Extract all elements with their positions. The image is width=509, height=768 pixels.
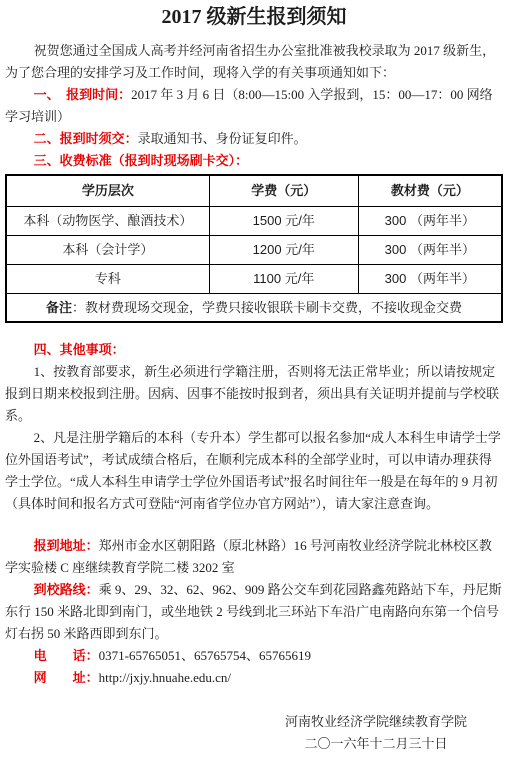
fee-table-note-row: 备注：教材费现场交现金，学费只接收银联卡刷卡交费，不接收现金交费 (6, 293, 502, 322)
website-line: 网 址：http://jxjy.hnuahe.edu.cn/ (5, 667, 503, 689)
section-2-documents-required: 二、报到时须交：录取通知书、身份证复印件。 (5, 128, 503, 150)
section-2-text: 录取通知书、身份证复印件。 (138, 131, 307, 146)
cell-textbook: 300 （两年半） (358, 264, 502, 293)
section-2-label: 二、报到时须交： (34, 131, 138, 146)
phone-label: 电 话： (34, 648, 99, 663)
cell-tuition: 1200 元/年 (209, 235, 358, 264)
section-4-paragraph-2: 2、凡是注册学籍后的本科（专升本）学生都可以报名参加“成人本科生申请学士学位外国… (5, 427, 503, 515)
section-3-fee-standard: 三、收费标准（报到时现场刷卡交）： (5, 150, 503, 172)
route-label: 到校路线： (34, 582, 99, 597)
cell-level: 本科（动物医学、酿酒技术） (6, 206, 209, 235)
note-text: ：教材费现场交现金，学费只接收银联卡刷卡交费，不接收现金交费 (72, 300, 462, 315)
fee-table-row-benke-animal: 本科（动物医学、酿酒技术） 1500 元/年 300 （两年半） (6, 206, 502, 235)
section-3-label: 三、收费标准（报到时现场刷卡交）： (34, 153, 249, 168)
website-url: http://jxjy.hnuahe.edu.cn/ (99, 670, 231, 685)
section-4-other-matters: 四、其他事项： (5, 339, 503, 361)
fee-table-row-zhuanke: 专科 1100 元/年 300 （两年半） (6, 264, 502, 293)
signature-date: 二〇一六年十二月三十日 (285, 733, 467, 755)
signature-organization: 河南牧业经济学院继续教育学院 (285, 711, 467, 733)
cell-tuition: 1500 元/年 (209, 206, 358, 235)
website-label: 网 址： (34, 670, 99, 685)
section-1-label: 一、 报到时间： (34, 87, 132, 102)
phone-line: 电 话：0371-65765051、65765754、65765619 (5, 645, 503, 667)
section-4-label: 四、其他事项： (34, 342, 125, 357)
fee-table: 学历层次 学费（元） 教材费（元） 本科（动物医学、酿酒技术） 1500 元/年… (5, 174, 503, 323)
notice-document-page: 2017 级新生报到须知 祝贺您通过全国成人高考并经河南省招生办公室批准被我校录… (0, 0, 509, 768)
signature-block: 河南牧业经济学院继续教育学院 二〇一六年十二月三十日 (285, 711, 467, 755)
intro-paragraph: 祝贺您通过全国成人高考并经河南省招生办公室批准被我校录取为 2017 级新生，为… (5, 40, 503, 84)
report-address: 报到地址：郑州市金水区朝阳路（原北林路）16 号河南牧业经济学院北林校区教学实验… (5, 535, 503, 579)
cell-level: 本科（会计学） (6, 235, 209, 264)
note-cell: 备注：教材费现场交现金，学费只接收银联卡刷卡交费，不接收现金交费 (6, 293, 502, 322)
report-address-label: 报到地址： (34, 538, 99, 553)
cell-textbook: 300 （两年半） (358, 235, 502, 264)
cell-tuition: 1100 元/年 (209, 264, 358, 293)
header-textbook-fee: 教材费（元） (358, 175, 502, 206)
cell-level: 专科 (6, 264, 209, 293)
cell-textbook: 300 （两年半） (358, 206, 502, 235)
route-to-school: 到校路线：乘 9、29、32、62、962、909 路公交车到花园路鑫苑路站下车… (5, 579, 503, 645)
document-title: 2017 级新生报到须知 (5, 3, 503, 31)
fee-table-header-row: 学历层次 学费（元） 教材费（元） (6, 175, 502, 206)
fee-table-row-benke-accounting: 本科（会计学） 1200 元/年 300 （两年半） (6, 235, 502, 264)
note-label: 备注 (46, 300, 72, 315)
section-1-report-time: 一、 报到时间：2017 年 3 月 6 日（8:00—15:00 入学报到，1… (5, 84, 503, 128)
phone-numbers: 0371-65765051、65765754、65765619 (99, 648, 311, 663)
header-education-level: 学历层次 (6, 175, 209, 206)
header-tuition: 学费（元） (209, 175, 358, 206)
section-4-paragraph-1: 1、按教育部要求，新生必须进行学籍注册，否则将无法正常毕业；所以请按规定报到日期… (5, 361, 503, 427)
